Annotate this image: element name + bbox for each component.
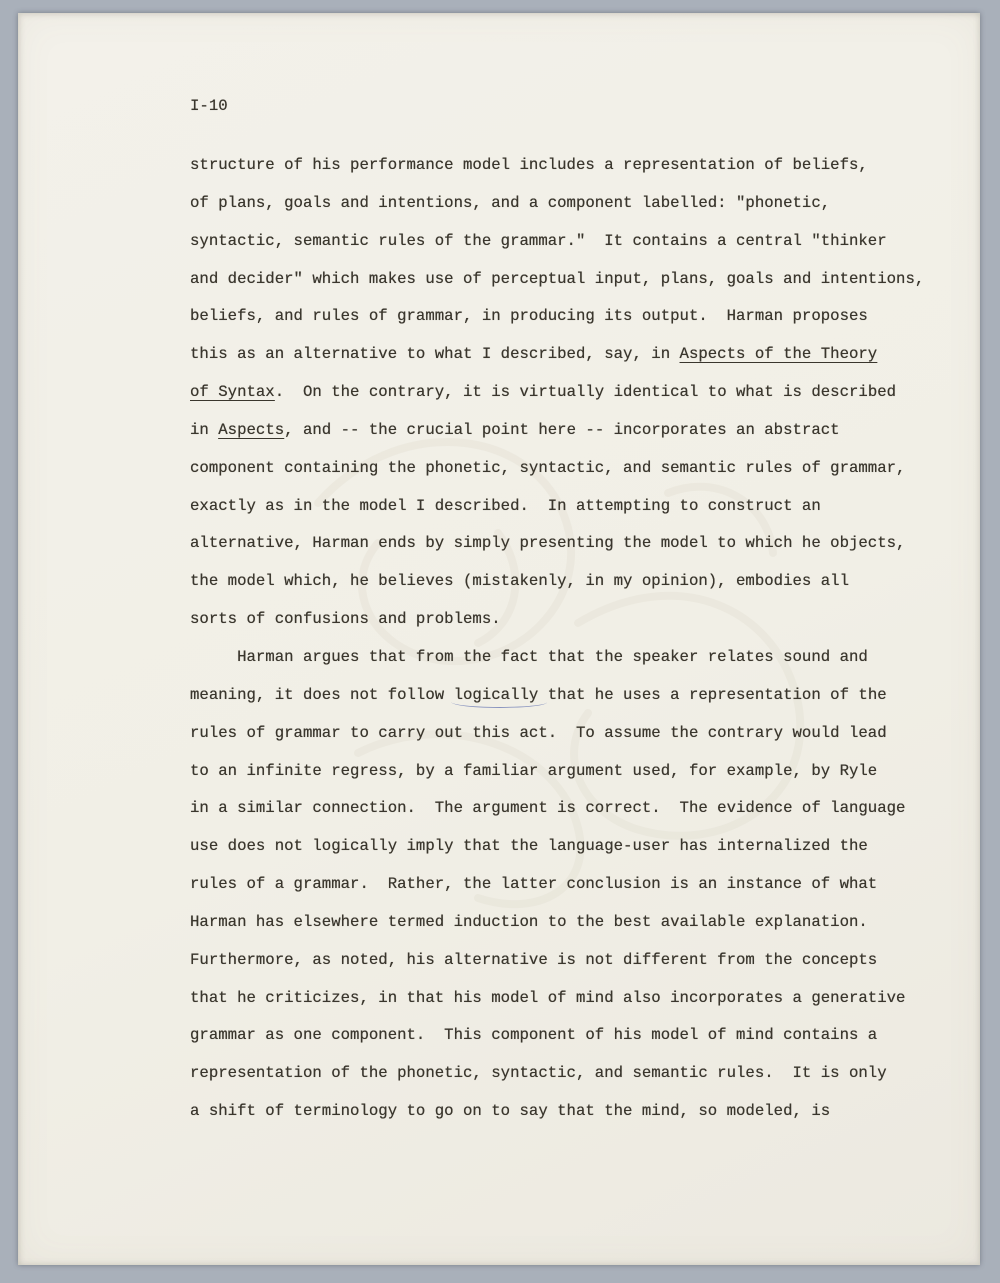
text-segment: a shift of terminology to go on to say t… bbox=[190, 1102, 830, 1120]
text-segment: in a similar connection. The argument is… bbox=[190, 799, 905, 817]
typed-underlined-text: of Syntax bbox=[190, 383, 275, 401]
text-segment: structure of his performance model inclu… bbox=[190, 156, 868, 174]
typescript-line: rules of grammar to carry out this act. … bbox=[190, 715, 924, 753]
text-segment: syntactic, semantic rules of the grammar… bbox=[190, 232, 887, 250]
paper-sheet: I-10 structure of his performance model … bbox=[18, 13, 980, 1265]
typescript-line: of Syntax. On the contrary, it is virtua… bbox=[190, 374, 924, 412]
text-segment: sorts of confusions and problems. bbox=[190, 610, 501, 628]
typescript-line: Furthermore, as noted, his alternative i… bbox=[190, 942, 924, 980]
typescript-line: component containing the phonetic, synta… bbox=[190, 450, 924, 488]
text-segment: that he criticizes, in that his model of… bbox=[190, 989, 905, 1007]
typescript-line: and decider" which makes use of perceptu… bbox=[190, 261, 924, 299]
text-segment: component containing the phonetic, synta… bbox=[190, 459, 905, 477]
typescript-line: to an infinite regress, by a familiar ar… bbox=[190, 753, 924, 791]
typescript-line: exactly as in the model I described. In … bbox=[190, 488, 924, 526]
typescript-line: beliefs, and rules of grammar, in produc… bbox=[190, 298, 924, 336]
typescript-line: in Aspects, and -- the crucial point her… bbox=[190, 412, 924, 450]
text-segment: to an infinite regress, by a familiar ar… bbox=[190, 762, 877, 780]
typescript-line: that he criticizes, in that his model of… bbox=[190, 980, 924, 1018]
text-segment: exactly as in the model I described. In … bbox=[190, 497, 821, 515]
typescript-line: of plans, goals and intentions, and a co… bbox=[190, 185, 924, 223]
typed-underlined-text: Aspects bbox=[218, 421, 284, 439]
text-segment: that he uses a representation of the bbox=[538, 686, 886, 704]
page-number: I-10 bbox=[190, 88, 228, 126]
text-segment: . On the contrary, it is virtually ident… bbox=[275, 383, 896, 401]
typescript-line: a shift of terminology to go on to say t… bbox=[190, 1093, 924, 1131]
typescript-body: structure of his performance model inclu… bbox=[190, 147, 924, 1131]
text-segment: Harman has elsewhere termed induction to… bbox=[190, 913, 868, 931]
typescript-line: use does not logically imply that the la… bbox=[190, 828, 924, 866]
text-segment: rules of a grammar. Rather, the latter c… bbox=[190, 875, 877, 893]
text-segment: use does not logically imply that the la… bbox=[190, 837, 868, 855]
text-segment: in bbox=[190, 421, 218, 439]
text-segment: alternative, Harman ends by simply prese… bbox=[190, 534, 905, 552]
typescript-line: representation of the phonetic, syntacti… bbox=[190, 1055, 924, 1093]
typescript-line: syntactic, semantic rules of the grammar… bbox=[190, 223, 924, 261]
typescript-line: structure of his performance model inclu… bbox=[190, 147, 924, 185]
text-segment: Harman argues that from the fact that th… bbox=[190, 648, 868, 666]
text-segment: the model which, he believes (mistakenly… bbox=[190, 572, 849, 590]
text-segment: and decider" which makes use of perceptu… bbox=[190, 270, 924, 288]
typescript-line: alternative, Harman ends by simply prese… bbox=[190, 525, 924, 563]
typed-underlined-text: Aspects of the Theory bbox=[680, 345, 878, 363]
text-segment: beliefs, and rules of grammar, in produc… bbox=[190, 307, 868, 325]
typescript-line: Harman argues that from the fact that th… bbox=[190, 639, 924, 677]
scanned-typescript-page: { "page": { "number": "I-10" }, "colors"… bbox=[0, 0, 1000, 1283]
typescript-line: Harman has elsewhere termed induction to… bbox=[190, 904, 924, 942]
text-segment: representation of the phonetic, syntacti… bbox=[190, 1064, 887, 1082]
typescript-line: meaning, it does not follow logically th… bbox=[190, 677, 924, 715]
text-segment: grammar as one component. This component… bbox=[190, 1026, 877, 1044]
text-segment: this as an alternative to what I describ… bbox=[190, 345, 680, 363]
typescript-line: this as an alternative to what I describ… bbox=[190, 336, 924, 374]
typescript-line: grammar as one component. This component… bbox=[190, 1017, 924, 1055]
typescript-line: the model which, he believes (mistakenly… bbox=[190, 563, 924, 601]
text-segment: meaning, it does not follow bbox=[190, 686, 454, 704]
text-segment: , and -- the crucial point here -- incor… bbox=[284, 421, 839, 439]
typescript-line: in a similar connection. The argument is… bbox=[190, 790, 924, 828]
typescript-line: sorts of confusions and problems. bbox=[190, 601, 924, 639]
text-segment: of plans, goals and intentions, and a co… bbox=[190, 194, 830, 212]
typescript-line: rules of a grammar. Rather, the latter c… bbox=[190, 866, 924, 904]
text-segment: Furthermore, as noted, his alternative i… bbox=[190, 951, 877, 969]
pen-underlined-text: logically bbox=[454, 686, 539, 704]
text-segment: rules of grammar to carry out this act. … bbox=[190, 724, 887, 742]
